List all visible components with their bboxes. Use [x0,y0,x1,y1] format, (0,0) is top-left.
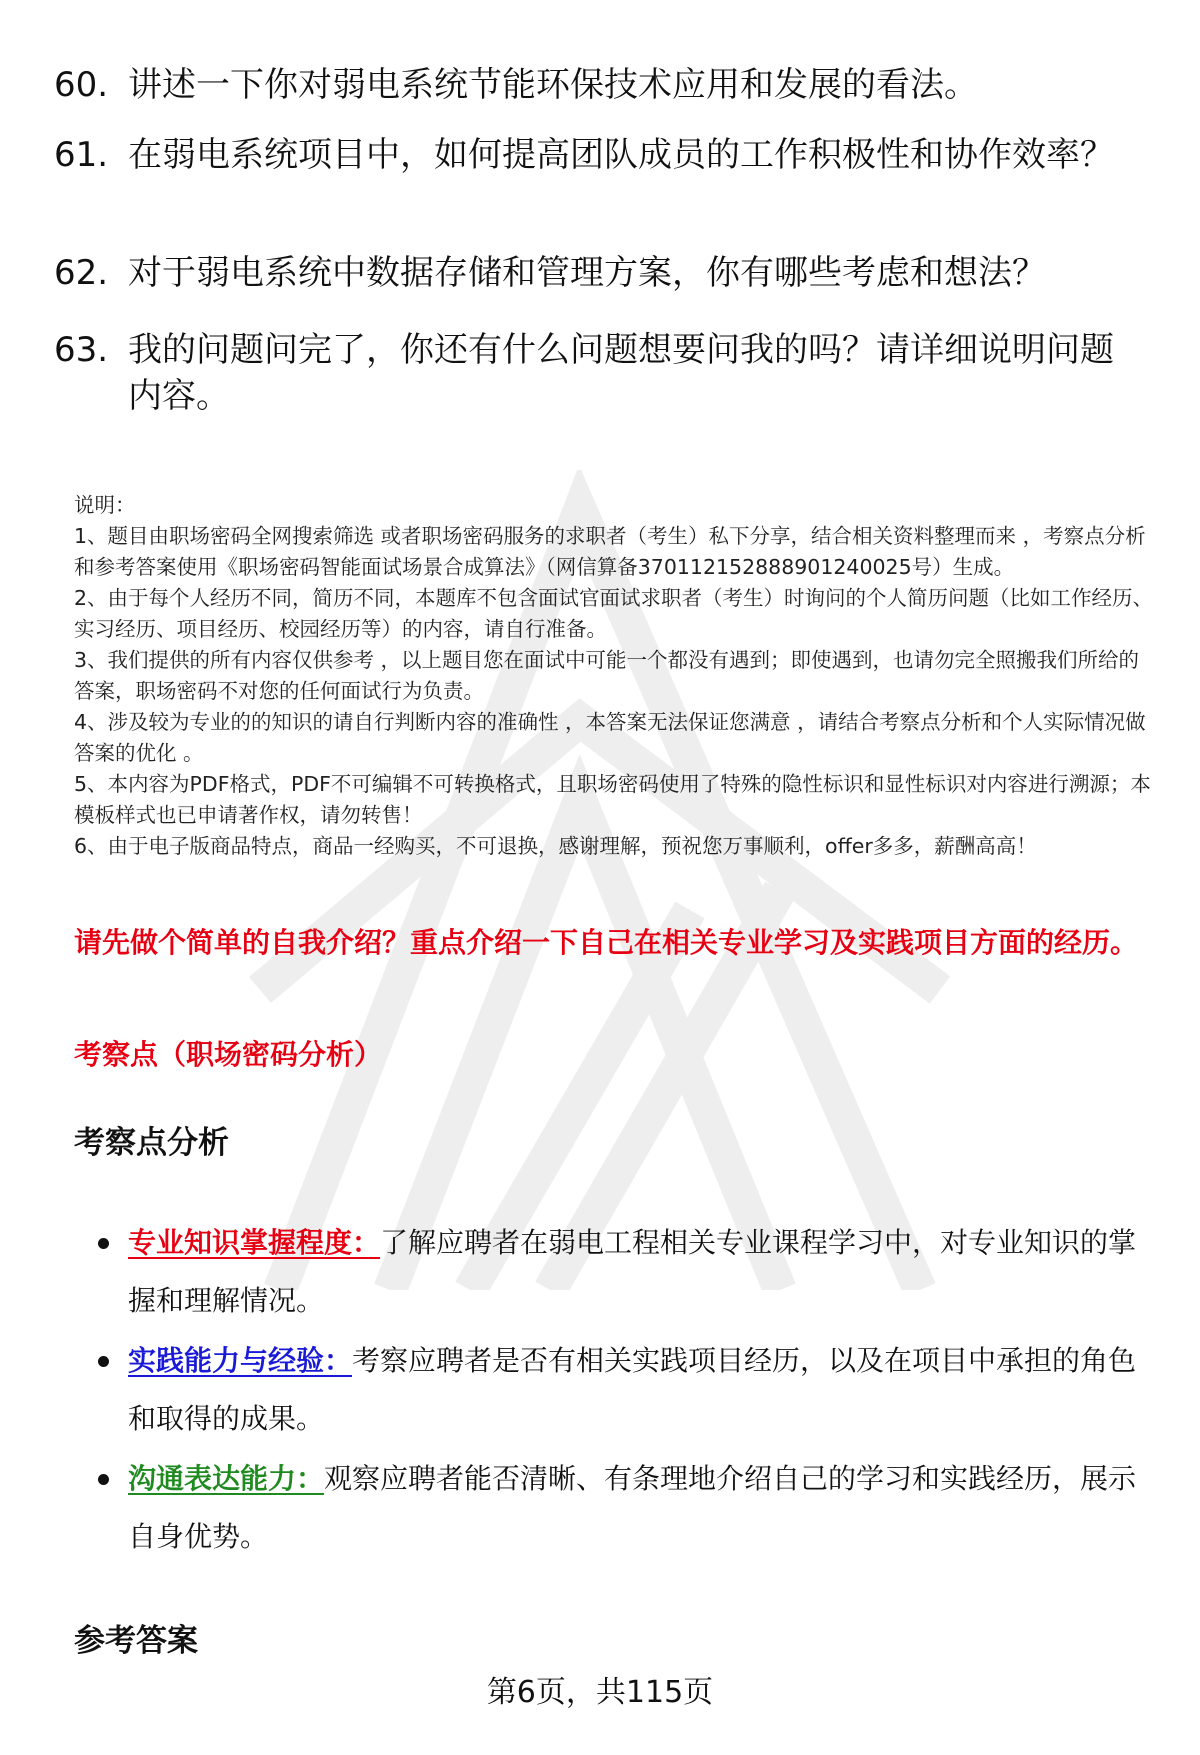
question-text: 在弱电系统项目中，如何提高团队成员的工作积极性和协作效率？ [128,132,1154,178]
question-item: 62. 对于弱电系统中数据存储和管理方案，你有哪些考虑和想法？ [54,250,1154,296]
question-item: 63. 我的问题问完了，你还有什么问题想要问我的吗？请详细说明问题内容。 [54,327,1154,419]
notes-title: 说明： [74,490,1154,521]
question-number: 61. [54,132,128,178]
note-item: 3、我们提供的所有内容仅供参考 ，以上题目您在面试中可能一个都没有遇到；即使遇到… [74,645,1154,707]
question-text: 讲述一下你对弱电系统节能环保技术应用和发展的看法。 [128,62,1154,108]
answer-heading: 参考答案 [74,1620,198,1662]
analysis-point-label: 沟通表达能力： [128,1462,324,1495]
question-number: 62. [54,250,128,296]
analysis-point: 沟通表达能力：观察应聘者能否清晰、有条理地介绍自己的学习和实践经历，展示自身优势… [74,1450,1154,1566]
question-text: 对于弱电系统中数据存储和管理方案，你有哪些考虑和想法？ [128,250,1154,296]
page-number-footer: 第6页，共115页 [0,1673,1200,1713]
analysis-point-label: 实践能力与经验： [128,1344,352,1377]
question-number: 63. [54,327,128,419]
analysis-point: 实践能力与经验：考察应聘者是否有相关实践项目经历，以及在项目中承担的角色和取得的… [74,1332,1154,1448]
note-item: 1、题目由职场密码全网搜索筛选 或者职场密码服务的求职者（考生）私下分享，结合相… [74,521,1154,583]
analysis-point-label: 专业知识掌握程度： [128,1226,380,1259]
question-item: 60. 讲述一下你对弱电系统节能环保技术应用和发展的看法。 [54,62,1154,108]
bullet-icon [98,1238,109,1249]
analysis-point: 专业知识掌握程度：了解应聘者在弱电工程相关专业课程学习中，对专业知识的掌握和理解… [74,1214,1154,1330]
disclaimer-notes: 说明： 1、题目由职场密码全网搜索筛选 或者职场密码服务的求职者（考生）私下分享… [74,490,1154,862]
analysis-heading: 考察点分析 [74,1122,229,1164]
note-item: 4、涉及较为专业的的知识的请自行判断内容的准确性 ，本答案无法保证您满意 ，请结… [74,707,1154,769]
question-item: 61. 在弱电系统项目中，如何提高团队成员的工作积极性和协作效率？ [54,132,1154,178]
question-number: 60. [54,62,128,108]
featured-question: 请先做个简单的自我介绍？重点介绍一下自己在相关专业学习及实践项目方面的经历。 [74,920,1154,966]
question-text: 我的问题问完了，你还有什么问题想要问我的吗？请详细说明问题内容。 [128,327,1154,419]
bullet-icon [98,1474,109,1485]
note-item: 2、由于每个人经历不同，简历不同，本题库不包含面试官面试求职者（考生）时询问的个… [74,583,1154,645]
bullet-icon [98,1356,109,1367]
analysis-point-list: 专业知识掌握程度：了解应聘者在弱电工程相关专业课程学习中，对专业知识的掌握和理解… [74,1214,1154,1568]
note-item: 6、由于电子版商品特点，商品一经购买，不可退换，感谢理解，预祝您万事顺利，off… [74,831,1154,862]
note-item: 5、本内容为PDF格式，PDF不可编辑不可转换格式，且职场密码使用了特殊的隐性标… [74,769,1154,831]
assessment-subtitle: 考察点（职场密码分析） [74,1035,382,1075]
